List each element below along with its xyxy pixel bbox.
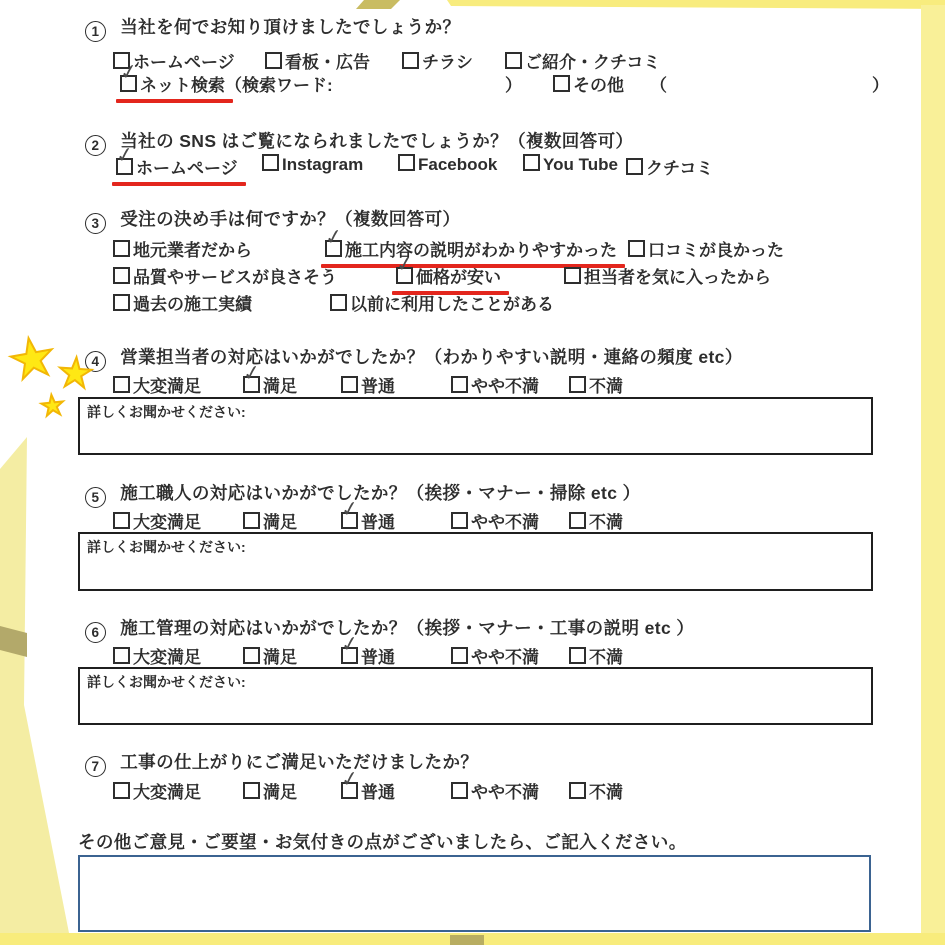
option-label: 満足 bbox=[263, 783, 297, 802]
option-label: 普通 bbox=[361, 648, 395, 667]
question1-text: 当社を何でお知り頂けましたでしょうか？ bbox=[120, 17, 460, 37]
checkbox-option-local-contractor[interactable]: ✓地元業者だから bbox=[113, 236, 252, 261]
checkbox-option-neutral[interactable]: ✓普通 bbox=[341, 778, 395, 803]
option-label: 地元業者だから bbox=[133, 241, 252, 260]
checkbox-icon bbox=[113, 376, 130, 393]
question3-number: 3 bbox=[85, 213, 106, 234]
net-search-underlined-part: ✓ネット検索 bbox=[120, 71, 225, 96]
checkbox-icon bbox=[330, 294, 347, 311]
checkbox-option-somewhat-dissatisfied[interactable]: ✓やや不満 bbox=[451, 778, 539, 803]
checkbox-option-very-satisfied[interactable]: ✓大変満足 bbox=[113, 508, 201, 533]
checkbox-icon bbox=[113, 782, 130, 799]
checkmark-icon: ✓ bbox=[241, 360, 262, 387]
checkbox-icon bbox=[569, 782, 586, 799]
comment-box-craftsman[interactable]: 詳しくお聞かせください: bbox=[78, 532, 873, 591]
option-label: やや不満 bbox=[471, 377, 539, 396]
question4-text: 営業担当者の対応はいかがでしたか？（わかりやすい説明・連絡の頻度 etc） bbox=[120, 347, 742, 367]
question6-text: 施工管理の対応はいかがでしたか？（挨拶・マナー・工事の説明 etc ） bbox=[120, 618, 694, 638]
checkmark-icon: ✓ bbox=[394, 251, 415, 278]
option-label: 不満 bbox=[589, 377, 623, 396]
footer-label: その他ご意見・ご要望・お気付きの点がございましたら、ご記入ください。 bbox=[78, 829, 687, 854]
checkbox-option-dissatisfied[interactable]: ✓不満 bbox=[569, 372, 623, 397]
comment-box-sales-rep[interactable]: 詳しくお聞かせください: bbox=[78, 397, 873, 455]
option-label: 普通 bbox=[361, 513, 395, 532]
checkbox-icon bbox=[262, 154, 279, 171]
option-label: Facebook bbox=[418, 155, 497, 174]
survey-form-page: ★ ★ ★ 1 当社を何でお知り頂けましたでしょうか？ ✓ホームページ ✓看板・… bbox=[0, 0, 945, 945]
checkbox-icon bbox=[505, 52, 522, 69]
checkbox-icon bbox=[243, 512, 260, 529]
question5-text: 施工職人の対応はいかがでしたか？（挨拶・マナー・掃除 etc ） bbox=[120, 483, 640, 503]
question1-title: 1 当社を何でお知り頂けましたでしょうか？ bbox=[85, 14, 460, 42]
checkbox-option-instagram[interactable]: ✓Instagram bbox=[262, 154, 363, 175]
footer-comment-box[interactable] bbox=[78, 855, 871, 932]
option-label: 不満 bbox=[589, 783, 623, 802]
checkbox-option-somewhat-dissatisfied[interactable]: ✓やや不満 bbox=[451, 372, 539, 397]
option-label: 過去の施工実績 bbox=[133, 295, 252, 314]
checkbox-option-flyer[interactable]: ✓チラシ bbox=[402, 48, 473, 73]
option-label: 大変満足 bbox=[133, 648, 201, 667]
option-label: 口コミが良かった bbox=[648, 241, 784, 260]
option-label: 担当者を気に入ったから bbox=[584, 268, 771, 287]
checkbox-option-neutral[interactable]: ✓普通 bbox=[341, 508, 395, 533]
option-label: ホームページ bbox=[136, 159, 238, 178]
checkbox-option-somewhat-dissatisfied[interactable]: ✓やや不満 bbox=[451, 643, 539, 668]
checkbox-option-satisfied[interactable]: ✓満足 bbox=[243, 643, 297, 668]
option-label: 普通 bbox=[361, 783, 395, 802]
checkbox-icon bbox=[626, 158, 643, 175]
checkbox-option-past-works[interactable]: ✓過去の施工実績 bbox=[113, 290, 252, 315]
question1-options-row2: ✓ネット検索 （検索ワード: ） ✓その他 （ ） bbox=[0, 71, 945, 93]
question3-options-row1: ✓地元業者だから ✓施工内容の説明がわかりやすかった ✓口コミが良かった bbox=[0, 236, 945, 258]
question6-number: 6 bbox=[85, 622, 106, 643]
question5-title: 5 施工職人の対応はいかがでしたか？（挨拶・マナー・掃除 etc ） bbox=[85, 480, 641, 508]
checkbox-option-kuchikomi[interactable]: ✓クチコミ bbox=[626, 154, 713, 179]
option-label: 価格が安い bbox=[416, 268, 501, 287]
option-label: 満足 bbox=[263, 513, 297, 532]
option-label: 品質やサービスが良さそう bbox=[133, 268, 337, 287]
checkbox-icon bbox=[113, 647, 130, 664]
other-open-paren: （ bbox=[650, 71, 667, 96]
comment-box-label: 詳しくお聞かせください: bbox=[80, 534, 871, 557]
comment-box-label: 詳しくお聞かせください: bbox=[80, 669, 871, 692]
option-label: 不満 bbox=[589, 648, 623, 667]
checkbox-icon bbox=[628, 240, 645, 257]
checkbox-icon bbox=[553, 75, 570, 92]
other-close-paren: ） bbox=[872, 71, 889, 96]
star-icon: ★ bbox=[4, 328, 61, 390]
checkbox-option-neutral[interactable]: ✓普通 bbox=[341, 643, 395, 668]
comment-box-value bbox=[80, 422, 871, 434]
question6-title: 6 施工管理の対応はいかがでしたか？（挨拶・マナー・工事の説明 etc ） bbox=[85, 615, 694, 643]
checkbox-icon bbox=[243, 647, 260, 664]
checkbox-icon bbox=[402, 52, 419, 69]
comment-box-value bbox=[80, 692, 871, 704]
checkbox-option-dissatisfied[interactable]: ✓不満 bbox=[569, 508, 623, 533]
checkbox-option-dissatisfied[interactable]: ✓不満 bbox=[569, 643, 623, 668]
checkbox-option-very-satisfied[interactable]: ✓大変満足 bbox=[113, 372, 201, 397]
question7-title: 7 工事の仕上がりにご満足いただけましたか？ bbox=[85, 749, 478, 777]
checkmark-icon: ✓ bbox=[118, 59, 139, 86]
question6-options-row: ✓大変満足 ✓満足 ✓普通 ✓やや不満 ✓不満 bbox=[0, 643, 945, 665]
option-label: チラシ bbox=[422, 53, 473, 72]
checkbox-option-somewhat-dissatisfied[interactable]: ✓やや不満 bbox=[451, 508, 539, 533]
option-label: その他 bbox=[573, 76, 624, 95]
option-label: ネット検索 bbox=[140, 76, 225, 95]
question2-number: 2 bbox=[85, 135, 106, 156]
checkbox-option-dissatisfied[interactable]: ✓不満 bbox=[569, 778, 623, 803]
checkbox-icon bbox=[113, 240, 130, 257]
search-word-suffix: （検索ワード: bbox=[225, 76, 333, 95]
checkbox-icon bbox=[341, 376, 358, 393]
question4-title: 4 営業担当者の対応はいかがでしたか？（わかりやすい説明・連絡の頻度 etc） bbox=[85, 344, 743, 372]
question2-text: 当社の SNS はご覧になられましたでしょうか？（複数回答可） bbox=[120, 131, 633, 151]
checkbox-option-low-price[interactable]: ✓価格が安い bbox=[396, 263, 501, 288]
checkmark-icon: ✓ bbox=[323, 224, 344, 251]
checkbox-option-good-quality[interactable]: ✓品質やサービスが良さそう bbox=[113, 263, 337, 288]
option-label: 施工内容の説明がわかりやすかった bbox=[345, 241, 617, 260]
option-label: 大変満足 bbox=[133, 783, 201, 802]
checkbox-icon bbox=[564, 267, 581, 284]
checkbox-icon bbox=[398, 154, 415, 171]
option-label: やや不満 bbox=[471, 783, 539, 802]
checkbox-option-facebook[interactable]: ✓Facebook bbox=[398, 154, 497, 175]
checkbox-icon bbox=[113, 512, 130, 529]
comment-box-label: 詳しくお聞かせください: bbox=[80, 399, 871, 422]
option-label: Instagram bbox=[282, 155, 363, 174]
checkbox-option-other[interactable]: ✓その他 bbox=[553, 71, 624, 96]
option-label: You Tube bbox=[543, 155, 618, 174]
question1-number: 1 bbox=[85, 21, 106, 42]
checkbox-option-satisfied[interactable]: ✓満足 bbox=[243, 372, 297, 397]
checkmark-icon: ✓ bbox=[339, 631, 360, 658]
option-label: 以前に利用したことがある bbox=[350, 295, 554, 314]
question3-options-row3: ✓過去の施工実績 ✓以前に利用したことがある bbox=[0, 290, 945, 312]
option-label: 看板・広告 bbox=[285, 53, 370, 72]
checkbox-icon bbox=[569, 647, 586, 664]
option-label: 大変満足 bbox=[133, 513, 201, 532]
checkbox-option-referral[interactable]: ✓ご紹介・クチコミ bbox=[505, 48, 660, 73]
checkbox-icon bbox=[265, 52, 282, 69]
footer-comment-value bbox=[80, 857, 869, 869]
question7-options-row: ✓大変満足 ✓満足 ✓普通 ✓やや不満 ✓不満 bbox=[0, 778, 945, 800]
survey-content: 1 当社を何でお知り頂けましたでしょうか？ ✓ホームページ ✓看板・広告 ✓チラ… bbox=[0, 0, 945, 945]
question7-number: 7 bbox=[85, 756, 106, 777]
checkbox-icon bbox=[569, 376, 586, 393]
option-label: ご紹介・クチコミ bbox=[525, 53, 660, 72]
checkbox-option-net-search[interactable]: ✓ネット検索 （検索ワード: bbox=[120, 71, 333, 96]
question3-title: 3 受注の決め手は何ですか？（複数回答可） bbox=[85, 206, 460, 234]
question2-title: 2 当社の SNS はご覧になられましたでしょうか？（複数回答可） bbox=[85, 128, 633, 156]
question5-options-row: ✓大変満足 ✓満足 ✓普通 ✓やや不満 ✓不満 bbox=[0, 508, 945, 530]
checkbox-option-satisfied[interactable]: ✓満足 bbox=[243, 778, 297, 803]
checkmark-icon: ✓ bbox=[339, 766, 360, 793]
checkmark-icon: ✓ bbox=[339, 496, 360, 523]
checkbox-option-used-before[interactable]: ✓以前に利用したことがある bbox=[330, 290, 554, 315]
option-label: 普通 bbox=[361, 377, 395, 396]
checkmark-icon: ✓ bbox=[114, 142, 135, 169]
checkbox-icon bbox=[113, 267, 130, 284]
checkbox-option-homepage-sns[interactable]: ✓ホームページ bbox=[116, 154, 238, 179]
checkbox-option-very-satisfied[interactable]: ✓大変満足 bbox=[113, 778, 201, 803]
option-label: 満足 bbox=[263, 648, 297, 667]
checkbox-option-satisfied[interactable]: ✓満足 bbox=[243, 508, 297, 533]
question5-number: 5 bbox=[85, 487, 106, 508]
option-label: やや不満 bbox=[471, 513, 539, 532]
checkbox-icon bbox=[569, 512, 586, 529]
checkbox-option-very-satisfied[interactable]: ✓大変満足 bbox=[113, 643, 201, 668]
option-label: 大変満足 bbox=[133, 377, 201, 396]
star-icon: ★ bbox=[39, 391, 67, 421]
option-label: やや不満 bbox=[471, 648, 539, 667]
checkbox-option-neutral[interactable]: ✓普通 bbox=[341, 372, 395, 397]
question3-options-row2: ✓品質やサービスが良さそう ✓価格が安い ✓担当者を気に入ったから bbox=[0, 263, 945, 285]
checkbox-icon bbox=[523, 154, 540, 171]
question4-options-row: ✓大変満足 ✓満足 ✓普通 ✓やや不満 ✓不満 bbox=[0, 372, 945, 394]
question3-text: 受注の決め手は何ですか？（複数回答可） bbox=[120, 209, 460, 229]
checkbox-icon bbox=[243, 782, 260, 799]
search-word-close-paren: ） bbox=[505, 71, 522, 96]
question1-options-row1: ✓ホームページ ✓看板・広告 ✓チラシ ✓ご紹介・クチコミ bbox=[0, 48, 945, 70]
checkbox-icon bbox=[113, 294, 130, 311]
checkbox-option-liked-rep[interactable]: ✓担当者を気に入ったから bbox=[564, 263, 771, 288]
checkbox-option-clear-explanation[interactable]: ✓施工内容の説明がわかりやすかった bbox=[325, 236, 617, 261]
option-label: 満足 bbox=[263, 377, 297, 396]
option-label: クチコミ bbox=[646, 159, 713, 178]
option-label: 不満 bbox=[589, 513, 623, 532]
checkbox-option-youtube[interactable]: ✓You Tube bbox=[523, 154, 618, 175]
checkbox-icon bbox=[451, 512, 468, 529]
checkbox-icon bbox=[451, 647, 468, 664]
comment-box-site-manager[interactable]: 詳しくお聞かせください: bbox=[78, 667, 873, 725]
question7-text: 工事の仕上がりにご満足いただけましたか？ bbox=[120, 752, 478, 772]
checkbox-icon bbox=[451, 782, 468, 799]
checkbox-icon bbox=[451, 376, 468, 393]
option-label: ホームページ bbox=[133, 53, 235, 72]
checkbox-option-signboard[interactable]: ✓看板・広告 bbox=[265, 48, 370, 73]
comment-box-value bbox=[80, 557, 871, 569]
checkbox-option-good-reviews[interactable]: ✓口コミが良かった bbox=[628, 236, 784, 261]
question2-options-row: ✓ホームページ ✓Instagram ✓Facebook ✓You Tube ✓… bbox=[0, 154, 945, 176]
